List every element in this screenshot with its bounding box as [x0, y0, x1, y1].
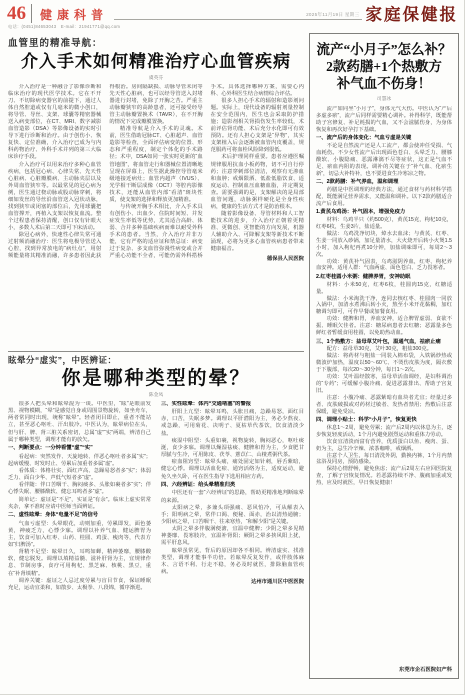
paragraph: 很多人把头晕和眩晕混为一谈。中医里，“眩”是眼前发黑、视物模糊，“晕”是感觉自身…	[8, 401, 151, 444]
masthead-rule: 2025年11月19日 星期三	[114, 0, 361, 20]
paragraph: 气血亏虚型：头晕眼花，动则加重，劳累即发，面色萎黄，神疲乏力，心悸少寐。调理以补…	[8, 521, 151, 550]
paragraph: 瘀血阻窍型：眩晕头痛，痛处固定如针刺，唇舌紫暗，健忘心悸。调理以活血化瘀、通窍活…	[161, 459, 304, 480]
subheading: 四、六经辨证：给头晕精准归类	[161, 482, 304, 489]
subheading: 四、调理小贴士：科学“小月子”，恢复更快	[316, 417, 452, 424]
paragraph: 眩晕虽常见，背后的原因却各不相同。辨清虚实、找准类型，调理才能事半功倍。若眩晕反…	[161, 548, 304, 577]
paragraph: 肾精不足型：眩晕日久，耳鸣如蝉，精神萎靡，腰膝酸软，健忘脱发。调理以填精益髓、滋…	[8, 549, 151, 578]
paper-name: 家庭保健报	[366, 6, 459, 23]
paragraph: 材料：乌鸡半只（约500克），黄芪15克，枸杞10克，红枣6枚，生姜3片，盐适量…	[316, 217, 452, 231]
paragraph: 介入治疗是一种融合了影像诊断和临床治疗的现代医学技术。它在不开刀、不切除病变器官…	[8, 84, 101, 162]
article3-body: 很多人把头晕和眩晕混为一谈。中医里，“眩”是眼前发黑、视物模糊，“晕”是感觉自身…	[8, 401, 304, 679]
subheading: 一、判断要点：一分钟看懂“虚”“实”	[8, 445, 151, 452]
paragraph: 功效：健脾和胃，养血安神，适合脾胃虚弱、食欲不振、睡眠欠佳者。注意：糖尿病患者去…	[316, 316, 452, 337]
subheading: 一、流产后的身体变化：气血亏虚是关键	[316, 135, 452, 142]
subheading: 二、虚性眩晕：身体“电量不足”的信号	[8, 512, 151, 519]
article1-kicker: 血管里的精准导航：	[8, 35, 304, 49]
subheading: 二、2款药膳：补气养血，温和调理	[316, 179, 452, 186]
paragraph: 注意：小腹冷痛、恶露紫暗有血块者尤宜；经量过多者、皮肤破损或对药材过敏者、发热者…	[316, 395, 452, 416]
article2-byline: 司慧冰	[316, 95, 452, 102]
article1-body: 介入治疗是一种融合了影像诊断和临床治疗的现代医学技术。它在不开刀、不切除病变器官…	[8, 84, 304, 346]
subheading: 三、1个热敷方：益母草艾叶包，温通气血，祛瘀止痛	[316, 339, 452, 346]
article1-byline: 虞英芬	[8, 74, 304, 81]
paragraph: 看伴随：伴口苦咽干、胸闷痰多、头胀如裹者多“实”；伴心悸失眠、腰膝酸软、健忘耳鸣…	[8, 482, 151, 496]
paragraph: 太阴之晕多伴腹满便溏，宜温中健脾；少阴之晕多见精神萎靡、畏寒肢冷，宜温补肾阳；厥…	[161, 526, 304, 547]
paragraph: 功效：艾叶温经散寒，益母草活血调经，是妇科调治的“专药”；可缓解小腹冷痛、促进恶…	[316, 374, 452, 395]
contact-line: 电话：(0451)84653043 E-mail：21941771@qq.com	[8, 24, 120, 30]
paragraph: 调养关键：虚证之人忌过度劳累与盲目节食，保证睡眠充足，运动宜柔和，如散步、太极拳…	[8, 578, 151, 592]
paragraph: 中医还有一套“六经辨证”的思路，帮助更精准地判断眩晕的来源。	[161, 490, 304, 504]
issue-date: 2025年11月19日 星期三	[306, 12, 359, 18]
article-miscarriage-recovery-box: 流产“小月子”怎么补？ 2款药膳+1个热敷方 补气血不伤身！ 司慧冰 流产如同坐…	[309, 33, 459, 679]
paragraph: 肝阳上亢型：眩晕耳鸣，头胀且痛，急躁易怒，面红目赤，口苦，失眠多梦。调理以平肝潜…	[161, 409, 304, 438]
paragraph: 保持心情舒畅，避免焦虑；流产后2周左右应回医院复查，了解子宫恢复情况。若恶露持续…	[316, 466, 452, 487]
subheading: 三、实性眩晕：体内“交通堵塞”的警报	[161, 401, 304, 408]
paragraph: 材料：小米50克，红枣6枚，桂圆肉15克，红糖适量。	[316, 282, 452, 296]
paragraph: 看体质：体格壮实、面红声高、急躁易怒者多“实”；体弱乏力、面白少华、声低气短者多…	[8, 468, 151, 482]
section-title: 健康科普	[40, 8, 108, 23]
newspaper-page: 46 健康科普 2025年11月19日 星期三 家庭保健报 电话：(0451)8…	[0, 0, 465, 695]
paragraph: 精准导航是介入手术的灵魂。术前，医生借助冠脉CT、心脏超声、血管造影等检查，全面…	[109, 126, 202, 204]
paragraph: 做法：乌鸡洗净切块，焯水去血沫；与黄芪、红枣、生姜一同放入砂锅，加足量清水，大火…	[316, 231, 452, 259]
paragraph: 功效：黄芪补气固表，乌鸡滋阴养血，红枣、枸杞养血安神。适用人群：气血两虚、面色苍…	[316, 259, 452, 273]
paragraph: 随着影像设备、导管材料和人工智能技术的进步，介入治疗正朝着更精准、更微创、更智能…	[211, 211, 304, 253]
paragraph: 饮食宜清淡而富有营养，优质蛋白以鱼、瘦肉、蛋、奶为主，忌生冷辛辣、浓茶咖啡，戒烟…	[316, 439, 452, 453]
article-interventional-surgery: 血管里的精准导航： 介入手术如何精准治疗心血管疾病 虞英芬 介入治疗是一种融合了…	[8, 35, 304, 352]
paragraph: 太阳病之晕，多兼头项强痛、恶风怕冷，可从解表入手；阳明病之晕，常伴口渴、便秘、面…	[161, 505, 304, 526]
paragraph: 流产如同坐“小月子”，身体元气大伤。中医认为“产后多虚多瘀”，流产后同样需要精心…	[316, 106, 452, 134]
credit-line: 达州市通川区中医医院	[161, 579, 304, 586]
paragraph: 看起病：突然发作、天旋地转、伴恶心呕吐者多属“实”；起病缓慢、时发时止、劳累后加…	[8, 454, 151, 468]
paragraph: 注意个人卫生，每日清洗外阴，勤换内裤，1个月内禁盆浴及同房，预防感染。	[316, 453, 452, 467]
article2-credit: 东莞市企石医院妇产科	[316, 665, 452, 673]
paragraph: 简单记：虚证是“不足”，实证是“有余”。临床上虚实常常夹杂，拿不准时应请中医师当…	[8, 497, 151, 511]
subheading: 2.红枣桂圆小米粥：健脾养胃，安神助眠	[316, 274, 452, 281]
paragraph: 痰湿中阻型：头重如裹，视物旋转，胸闷恶心，呕吐痰涎，食少多寐。调理以燥湿祛痰、健…	[161, 438, 304, 459]
article2-title-line3: 补气血不伤身！	[316, 75, 452, 92]
article3-byline: 陈金凤	[8, 391, 304, 398]
article2-body: 流产如同坐“小月子”，身体元气大伤。中医认为“产后多虚多瘀”，流产后同样需要精心…	[316, 106, 452, 663]
article3-kicker: 眩晕分“虚实”，中医辨证：	[8, 354, 304, 366]
paragraph: 做法：小米淘洗干净，连同去核红枣、桂圆肉一同放入锅中，加清水煮沸后转小火，熬至小…	[316, 296, 452, 317]
paragraph: 很多人担心手术的辐射和造影剂问题。实际上，现代设备的辐射剂量控制在安全范围内，医…	[211, 98, 304, 154]
paragraph: 做法：将药材与粗盐一同装入棉布袋，入铁锅炒热或微波炉加热，温度以50～60℃、不…	[316, 353, 452, 374]
article2-title-line2: 2款药膳+1个热敷方	[316, 58, 452, 75]
page-number: 46	[7, 4, 32, 23]
article1-title: 介入手术如何精准治疗心血管疾病	[8, 52, 304, 72]
article2-title: 流产“小月子”怎么补？ 2款药膳+1个热敷方 补气血不伤身！	[316, 41, 452, 92]
paragraph: 药膳是中医调理的经典方法，通过食材与药材科学搭配，既能满足营养需求，又能温和调补…	[316, 187, 452, 208]
article2-title-line1: 流产“小月子”怎么补？	[316, 41, 452, 58]
credit-line: 德保县人民医院	[211, 256, 304, 263]
paragraph: 不论是自然流产还是人工流产，都会使冲任受损、气血耗伤。不少女性流产后出现面色苍白…	[316, 143, 452, 178]
article-dizziness-types: 眩晕分“虚实”，中医辨证： 你是哪种类型的晕？ 陈金凤 很多人把头晕和眩晕混为一…	[8, 354, 304, 679]
article3-title: 你是哪种类型的晕？	[8, 368, 304, 390]
paragraph: 术后护理同样重要。患者应遵医嘱规律服用抗血小板药物，切不可自行停药；注意穿刺部位…	[211, 154, 304, 210]
paragraph: 休息1～2周，避免劳累；流产后2周内以休息为主，逐步恢复轻度活动，1个月内避免剧…	[316, 425, 452, 439]
paragraph: 介入治疗可以用来治疗多种心血管疾病，包括冠心病、心律失常、先天性心脏病、心脏瓣膜…	[8, 162, 101, 232]
subheading: 1.黄芪乌鸡汤：补气固本，增强免疫力	[316, 209, 452, 216]
masthead: 46 健康科普 2025年11月19日 星期三 家庭保健报	[7, 3, 458, 23]
